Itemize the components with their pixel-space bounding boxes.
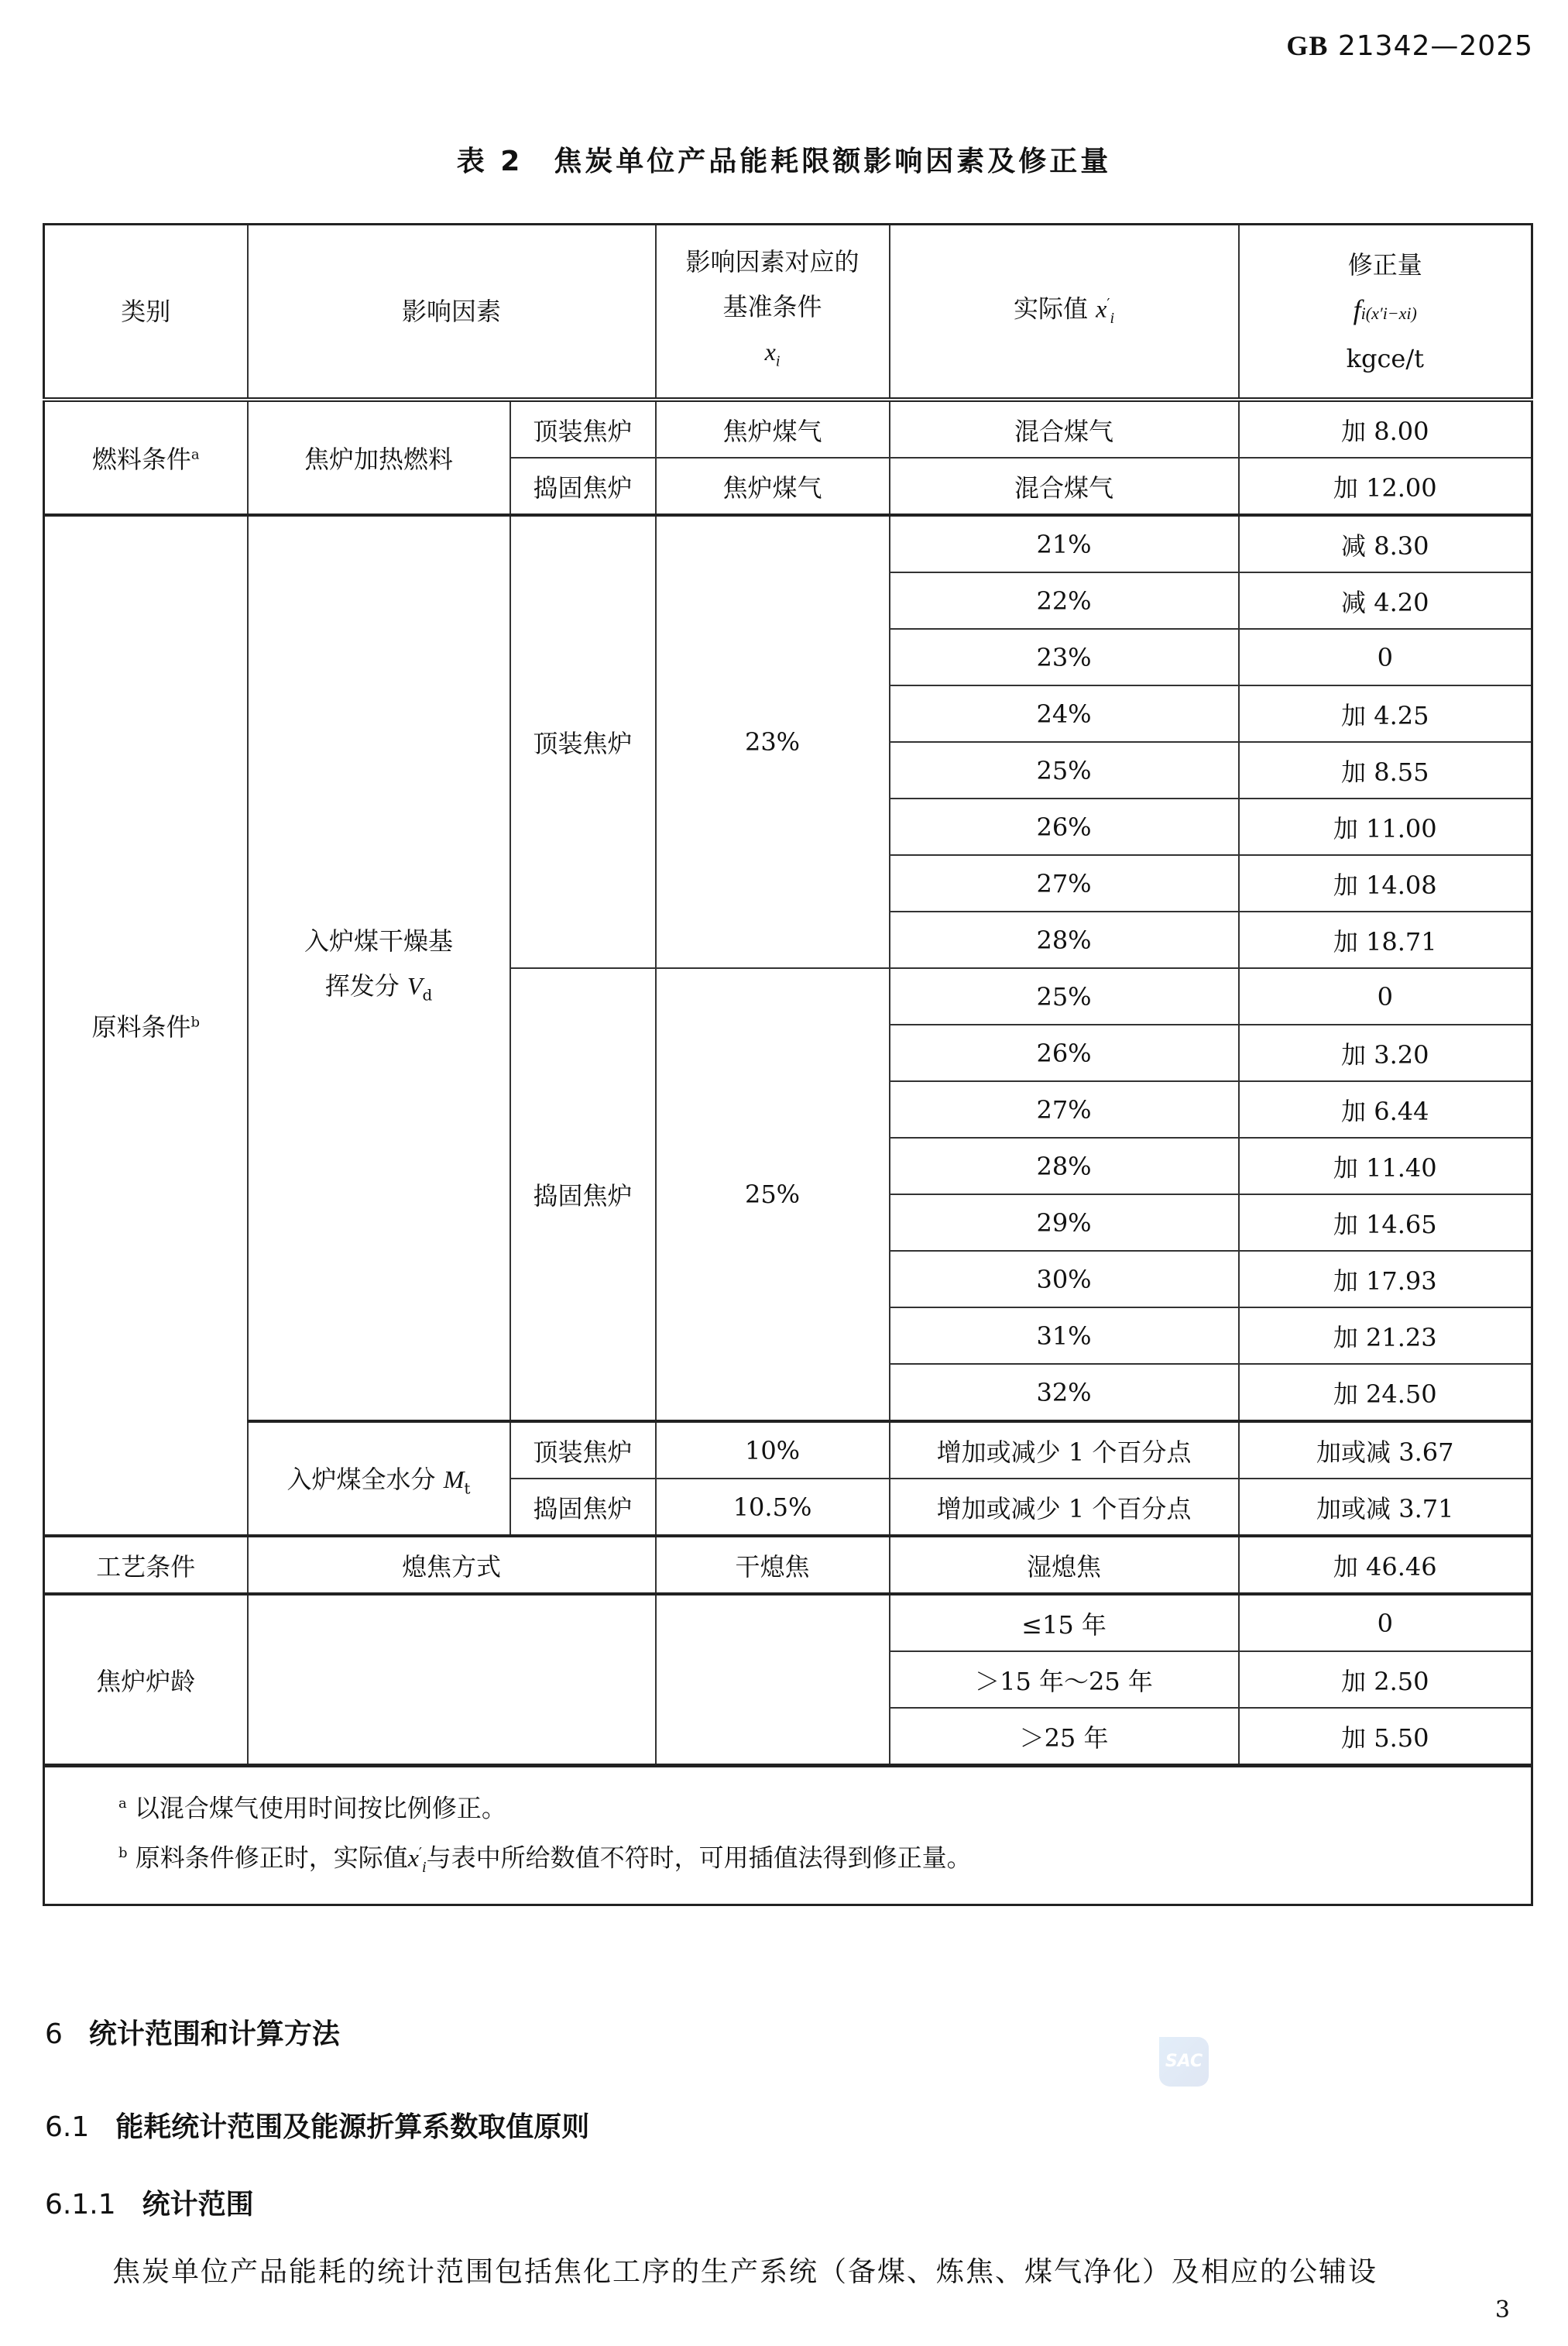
header-correction: 修正量 fi(x′i−xi) kgce/t [1239, 225, 1532, 400]
standard-code: GB 21342—2025 [1286, 29, 1533, 62]
standard-prefix: GB [1286, 30, 1328, 61]
section-heading-6-1: 6.1能耗统计范围及能源折算系数取值原则 [45, 2105, 589, 2145]
header-category: 类别 [44, 225, 248, 400]
standard-number: 21342—2025 [1338, 30, 1533, 62]
sac-logo-icon: SAC [1159, 2037, 1209, 2087]
correction-table: 类别 影响因素 影响因素对应的 基准条件 xi 实际值 x′i 修正量 fi(x… [43, 223, 1533, 1906]
table-row: 燃料条件a 焦炉加热燃料 顶装焦炉 焦炉煤气 混合煤气 加 8.00 [44, 400, 1532, 458]
category-process: 工艺条件 [44, 1536, 248, 1594]
category-fuel: 燃料条件a [44, 400, 248, 515]
table-row: 焦炉炉龄 ≤15 年 0 [44, 1594, 1532, 1651]
section-heading-6-1-1: 6.1.1统计范围 [45, 2183, 254, 2222]
factor-moisture: 入炉煤全水分 Mt [248, 1421, 510, 1536]
table-row: 入炉煤全水分 Mt 顶装焦炉 10% 增加或减少 1 个百分点 加或减 3.67 [44, 1421, 1532, 1479]
page-number: 3 [1495, 2296, 1510, 2324]
table-header-row: 类别 影响因素 影响因素对应的 基准条件 xi 实际值 x′i 修正量 fi(x… [44, 225, 1532, 400]
header-baseline: 影响因素对应的 基准条件 xi [656, 225, 890, 400]
note-a: a 以混合煤气使用时间按比例修正。 [118, 1781, 1531, 1831]
factor-heating-fuel: 焦炉加热燃料 [248, 400, 510, 515]
section-heading-6: 6统计范围和计算方法 [45, 2012, 340, 2052]
category-oven-age: 焦炉炉龄 [44, 1594, 248, 1766]
table-row: 原料条件b 入炉煤干燥基 挥发分 Vd 顶装焦炉 23% 21% 减 8.30 [44, 515, 1532, 572]
header-actual: 实际值 x′i [890, 225, 1239, 400]
table-notes: a 以混合煤气使用时间按比例修正。 b 原料条件修正时，实际值x′i与表中所给数… [44, 1766, 1532, 1905]
table-row: 工艺条件 熄焦方式 干熄焦 湿熄焦 加 46.46 [44, 1536, 1532, 1594]
factor-volatile: 入炉煤干燥基 挥发分 Vd [248, 515, 510, 1421]
category-raw: 原料条件b [44, 515, 248, 1536]
body-paragraph: 焦炭单位产品能耗的统计范围包括焦化工序的生产系统（备煤、炼焦、煤气净化）及相应的… [112, 2250, 1378, 2289]
header-factor: 影响因素 [248, 225, 656, 400]
table-title: 表 2 焦炭单位产品能耗限额影响因素及修正量 [0, 139, 1568, 179]
note-b: b 原料条件修正时，实际值x′i与表中所给数值不符时，可用插值法得到修正量。 [118, 1831, 1531, 1890]
